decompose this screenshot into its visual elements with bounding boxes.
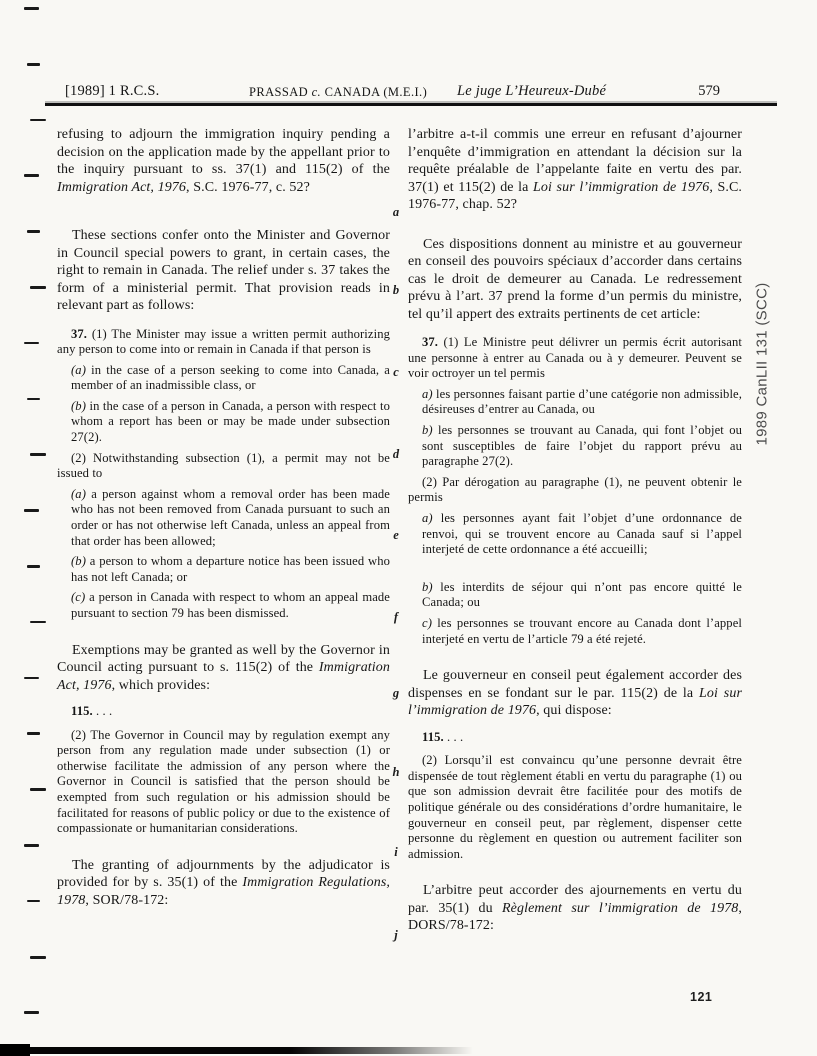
quote-paragraph: a) les personnes faisant partie d’une ca… xyxy=(422,387,742,418)
paragraph: Ces dispositions donnent au ministre et … xyxy=(408,236,742,324)
binding-mark xyxy=(30,119,46,122)
paragraph: Exemptions may be granted as well by the… xyxy=(57,642,390,695)
binding-mark xyxy=(24,1011,39,1014)
binding-mark xyxy=(30,621,46,624)
scanned-court-report-page: { "header": { "reporter": "[1989] 1 R.C.… xyxy=(0,0,817,1056)
binding-mark xyxy=(24,174,39,177)
binding-mark xyxy=(24,342,39,345)
english-column: refusing to adjourn the immigration inqu… xyxy=(57,126,390,909)
margin-letter-e: e xyxy=(389,528,403,543)
header-rule xyxy=(45,103,777,106)
judge-name: Le juge L’Heureux-Dubé xyxy=(457,83,606,100)
paragraph: These sections confer onto the Minister … xyxy=(57,227,390,315)
binding-mark xyxy=(27,732,40,735)
binding-mark xyxy=(30,788,46,791)
margin-letter-b: b xyxy=(389,283,403,298)
quote-paragraph: (a) a person against whom a removal orde… xyxy=(71,487,390,549)
quote-paragraph: (2) Par dérogation au paragraphe (1), ne… xyxy=(408,475,742,506)
binding-mark xyxy=(27,565,40,568)
margin-letter-c: c xyxy=(389,365,403,380)
margin-letter-i: i xyxy=(389,845,403,860)
running-header: [1989] 1 R.C.S. PRASSAD c. CANADA (M.E.I… xyxy=(45,83,775,101)
binding-mark xyxy=(27,398,40,401)
binding-mark xyxy=(24,7,39,10)
french-column: l’arbitre a-t-il commis une erreur en re… xyxy=(408,126,742,935)
reporter-citation: [1989] 1 R.C.S. xyxy=(65,83,159,100)
binding-mark xyxy=(27,230,40,233)
quote-paragraph: (2) Notwithstanding subsection (1), a pe… xyxy=(57,451,390,482)
paragraph: l’arbitre a-t-il commis une erreur en re… xyxy=(408,126,742,214)
binding-mark xyxy=(30,286,46,289)
margin-letter-j: j xyxy=(389,928,403,943)
bottom-page-number: 121 xyxy=(690,990,712,1004)
canlii-citation-watermark: 1989 CanLII 131 (SCC) xyxy=(754,282,771,445)
binding-mark xyxy=(24,677,39,680)
quote-paragraph: 115. . . . xyxy=(408,730,742,746)
quote-paragraph: b) les interdits de séjour qui n’ont pas… xyxy=(422,580,742,611)
case-title: PRASSAD c. CANADA (M.E.I.) xyxy=(249,85,427,100)
quote-paragraph: c) les personnes se trouvant encore au C… xyxy=(422,616,742,647)
binding-mark xyxy=(27,900,40,903)
margin-letter-a: a xyxy=(389,205,403,220)
binding-mark xyxy=(24,844,39,847)
binding-mark xyxy=(24,509,39,512)
scan-artifact-bar xyxy=(18,1047,473,1054)
quote-paragraph: (2) The Governor in Council may by regul… xyxy=(57,728,390,837)
margin-letter-f: f xyxy=(389,610,403,625)
paragraph: L’arbitre peut accorder des ajournements… xyxy=(408,882,742,935)
quote-paragraph: (c) a person in Canada with respect to w… xyxy=(71,590,390,621)
quote-paragraph: b) les personnes se trouvant au Canada, … xyxy=(422,423,742,470)
quote-paragraph: 115. . . . xyxy=(57,704,390,720)
binding-mark xyxy=(30,956,46,959)
binding-mark xyxy=(27,63,40,66)
paragraph: Le gouverneur en conseil peut également … xyxy=(408,667,742,720)
quote-paragraph: (a) in the case of a person seeking to c… xyxy=(71,363,390,394)
quote-paragraph: 37. (1) Le Ministre peut délivrer un per… xyxy=(408,335,742,382)
margin-letter-d: d xyxy=(389,447,403,462)
quote-paragraph: (2) Lorsqu’il est convaincu qu’une perso… xyxy=(408,753,742,862)
quote-paragraph: (b) a person to whom a departure notice … xyxy=(71,554,390,585)
header-page-number: 579 xyxy=(698,83,720,100)
margin-letter-g: g xyxy=(389,686,403,701)
quote-paragraph: a) les personnes ayant fait l’objet d’un… xyxy=(422,511,742,558)
scan-artifact-corner xyxy=(0,1044,30,1056)
margin-letter-h: h xyxy=(389,765,403,780)
paragraph: refusing to adjourn the immigration inqu… xyxy=(57,126,390,196)
quote-paragraph: 37. (1) The Minister may issue a written… xyxy=(57,327,390,358)
binding-mark xyxy=(30,453,46,456)
paragraph: The granting of adjournments by the adju… xyxy=(57,857,390,910)
quote-paragraph: (b) in the case of a person in Canada, a… xyxy=(71,399,390,446)
